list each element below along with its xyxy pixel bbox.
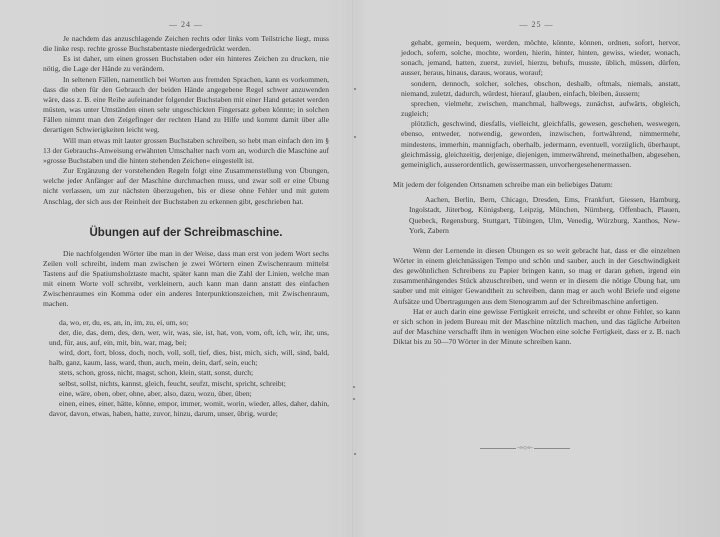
- paper-speck: [353, 398, 355, 400]
- cities-intro: Mit jedem der folgenden Ortsnamen schrei…: [393, 180, 680, 190]
- left-page: — 24 — Je nachdem das anzuschlagende Zei…: [43, 0, 329, 537]
- paragraph: Es ist daher, um einen grossen Buchstabe…: [43, 54, 329, 74]
- word-group: einen, eines, einer, hätte, könne, empor…: [49, 399, 329, 419]
- word-group: sprechen, vielmehr, zwischen, manchmal, …: [401, 99, 680, 119]
- end-ornament: -∞◇∞-: [480, 445, 570, 451]
- ornament-rule: [534, 448, 570, 449]
- paragraph: Je nachdem das anzuschlagende Zeichen re…: [43, 34, 329, 54]
- paragraph: Hat er auch darin eine gewisse Fertigkei…: [393, 307, 680, 348]
- word-group: gehabt, gemein, bequem, werden, möchte, …: [401, 38, 680, 79]
- book-spread: — 24 — Je nachdem das anzuschlagende Zei…: [0, 0, 720, 537]
- ornament-rule: [480, 448, 516, 449]
- city-names: Aachen, Berlin, Bern, Chicago, Dresden, …: [409, 195, 680, 236]
- paper-speck: [354, 136, 356, 138]
- paper-speck: [353, 386, 355, 388]
- word-group: stets, schon, gross, nicht, magst, schon…: [49, 368, 329, 378]
- word-exercise-list: gehabt, gemein, bequem, werden, möchte, …: [393, 38, 680, 170]
- section-heading: Übungen auf der Schreibmaschine.: [43, 227, 329, 239]
- right-page: — 25 — gehabt, gemein, bequem, werden, m…: [393, 0, 680, 537]
- page-number-right: — 25 —: [393, 20, 680, 34]
- word-group: wird, dort, fort, bloss, doch, noch, vol…: [49, 348, 329, 368]
- paragraph: Wenn der Lernende in diesen Übungen es s…: [393, 246, 680, 307]
- word-exercise-list: da, wo, er, du, es, an, in, im, zu, ei, …: [43, 318, 329, 420]
- paragraph: In seltenen Fällen, namentlich bei Worte…: [43, 75, 329, 136]
- city-list: Aachen, Berlin, Bern, Chicago, Dresden, …: [393, 195, 680, 236]
- left-body: Je nachdem das anzuschlagende Zeichen re…: [43, 34, 329, 207]
- paragraph: Zur Ergänzung der vorstehenden Regeln fo…: [43, 166, 329, 207]
- page-number-left: — 24 —: [43, 20, 329, 34]
- word-group: selbst, sollst, nichts, kannst, gleich, …: [49, 379, 329, 389]
- paper-speck: [354, 88, 356, 90]
- book-gutter: [352, 0, 354, 537]
- paragraph: Will man etwas mit lauter grossen Buchst…: [43, 136, 329, 166]
- word-group: da, wo, er, du, es, an, in, im, zu, ei, …: [49, 318, 329, 328]
- word-group: plötzlich, geschwind, diesfalls, viellei…: [401, 119, 680, 170]
- word-group: sondern, dennoch, solcher, solches, obsc…: [401, 79, 680, 99]
- intro-paragraph: Die nachfolgenden Wörter übe man in der …: [43, 249, 329, 310]
- word-group: der, die, das, dem, des, den, wer, wir, …: [49, 328, 329, 348]
- word-group: eine, wäre, oben, ober, ohne, aber, also…: [49, 389, 329, 399]
- paper-speck: [354, 453, 356, 455]
- ornament-glyph: -∞◇∞-: [517, 445, 533, 451]
